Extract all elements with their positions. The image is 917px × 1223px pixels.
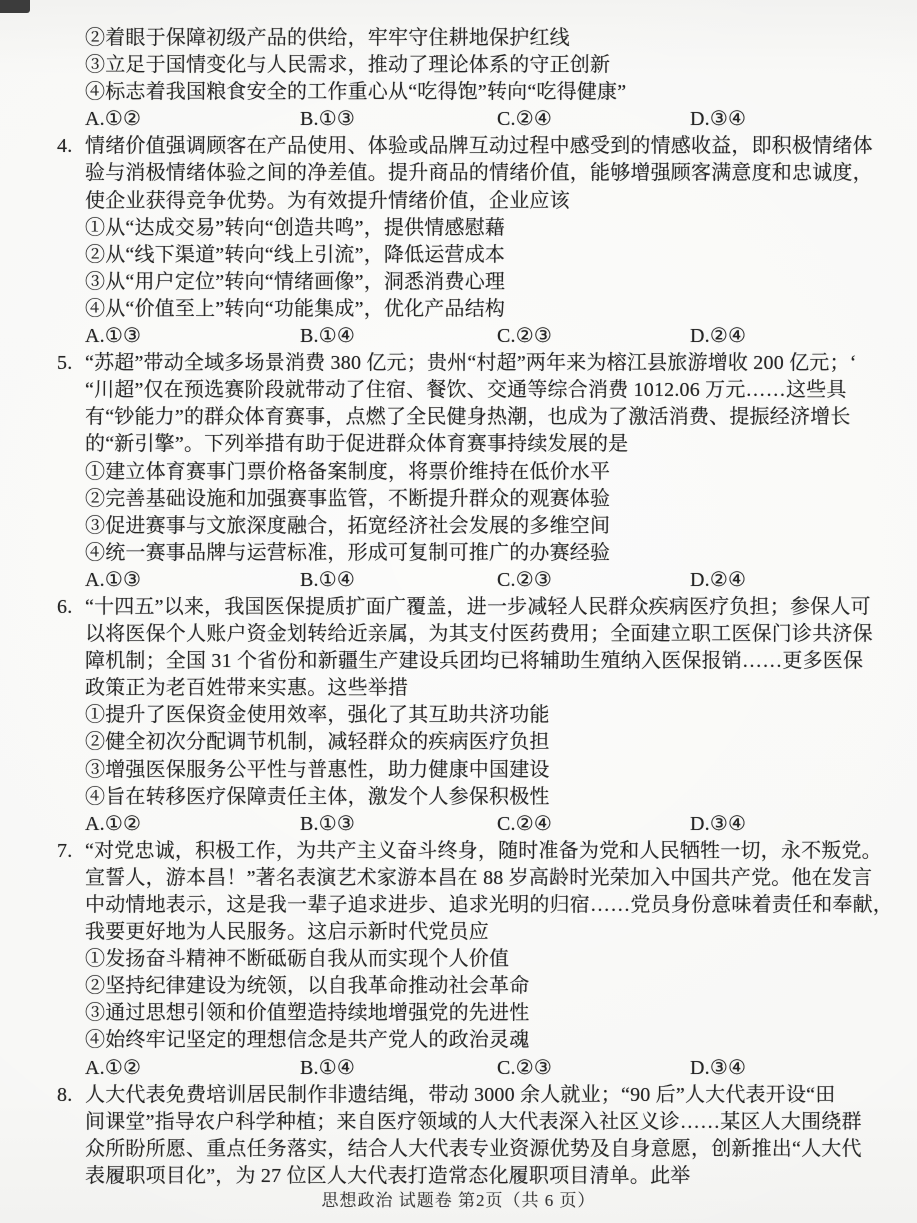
q7-option-c: C.②③ [497,1055,690,1082]
q3-statement-3: ③立足于国情变化与人民需求，推动了理论体系的守正创新 [85,52,917,79]
q3-statement-4: ④标志着我国粮食安全的工作重心从“吃得饱”转向“吃得健康” [85,79,917,106]
q7-option-d: D.③④ [690,1055,746,1082]
q4-option-d: D.②④ [690,323,746,350]
exam-content: ②着眼于保障初级产品的供给，牢牢守住耕地保护红线 ③立足于国情变化与人民需求，推… [0,25,917,1190]
q5-stem-line-2: “川超”仅在预选赛阶段就带动了住宿、餐饮、交通等综合消费 1012.06 万元…… [85,377,917,404]
q4-stem-text-1: 情绪价值强调顾客在产品使用、体验或品牌互动过程中感受到的情感收益，即积极情绪体 [85,135,873,157]
q4-stem-line-3: 使企业获得竞争优势。为有效提升情绪价值，企业应该 [85,188,917,215]
q8-stem-line-2: 间课堂”指导农户科学种植；来自医疗领域的人大代表深入社区义诊……某区人大围绕群 [85,1109,917,1136]
q4-options-row: A.①③B.①④C.②③D.②④ [85,323,917,350]
q4-stem-line-1: 4.情绪价值强调顾客在产品使用、体验或品牌互动过程中感受到的情感收益，即积极情绪… [85,133,917,160]
q3-statement-2: ②着眼于保障初级产品的供给，牢牢守住耕地保护红线 [85,25,917,52]
q7-statement-3: ③通过思想引领和价值塑造持续地增强党的先进性 [85,1000,917,1027]
q4-stem-line-2: 验与消极情绪体验之间的净差值。提升商品的情绪价值，能够增强顾客满意度和忠诚度， [85,160,917,187]
q6-stem-line-1: 6.“十四五”以来，我国医保提质扩面广覆盖，进一步减轻人民群众疾病医疗负担；参保… [85,594,917,621]
q6-statement-4: ④旨在转移医疗保障责任主体，激发个人参保积极性 [85,784,917,811]
q6-stem-line-3: 障机制；全国 31 个省份和新疆生产建设兵团均已将辅助生殖纳入医保报销……更多医… [85,648,917,675]
q6-statement-3: ③增强医保服务公平性与普惠性，助力健康中国建设 [85,757,917,784]
q5-statement-4: ④统一赛事品牌与运营标准，形成可复制可推广的办赛经验 [85,540,917,567]
q4-option-b: B.①④ [300,323,497,350]
q8-stem-line-3: 众所盼所愿、重点任务落实，结合人大代表专业资源优势及自身意愿，创新推出“人大代 [85,1136,917,1163]
q5-option-a: A.①③ [85,567,300,594]
q4-statement-4: ④从“价值至上”转向“功能集成”，优化产品结构 [85,296,917,323]
q4-statement-1: ①从“达成交易”转向“创造共鸣”，提供情感慰藉 [85,215,917,242]
q6-option-d: D.③④ [690,811,746,838]
q7-stem-line-3: 中动情地表示，这是我一辈子追求进步、追求光明的归宿……党员身份意味着责任和奉献， [85,892,917,919]
q7-statement-4: ④始终牢记坚定的理想信念是共产党人的政治灵魂 [85,1027,917,1054]
q4-option-a: A.①③ [85,323,300,350]
q5-option-b: B.①④ [300,567,497,594]
q5-stem-line-3: 有“钞能力”的群众体育赛事，点燃了全民健身热潮，也成为了激活消费、提振经济增长 [85,404,917,431]
q5-stem-line-1: 5.“苏超”带动全域多场景消费 380 亿元；贵州“村超”两年来为榕江县旅游增收… [85,350,917,377]
q7-statement-2: ②坚持纪律建设为统领，以自我革命推动社会革命 [85,973,917,1000]
q4-statement-3: ③从“用户定位”转向“情绪画像”，洞悉消费心理 [85,269,917,296]
q5-statement-1: ①建立体育赛事门票价格备案制度，将票价维持在低价水平 [85,459,917,486]
q8-number: 8. [57,1082,85,1109]
q6-statement-2: ②健全初次分配调节机制，减轻群众的疾病医疗负担 [85,729,917,756]
q5-stem-text-1: “苏超”带动全域多场景消费 380 亿元；贵州“村超”两年来为榕江县旅游增收 2… [85,352,857,374]
q7-option-a: A.①② [85,1055,300,1082]
q5-options-row: A.①③B.①④C.②③D.②④ [85,567,917,594]
q4-number: 4. [57,133,85,160]
q7-options-row: A.①②B.①④C.②③D.③④ [85,1055,917,1082]
q5-statement-3: ③促进赛事与文旅深度融合，拓宽经济社会发展的多维空间 [85,513,917,540]
q3-option-d: D.③④ [690,106,746,133]
q6-option-c: C.②④ [497,811,690,838]
q7-stem-text-1: “对党忠诚，积极工作，为共产主义奋斗终身，随时准备为党和人民牺牲一切，永不叛党。 [85,840,882,862]
q5-option-d: D.②④ [690,567,746,594]
q4-statement-2: ②从“线下渠道”转向“线上引流”，降低运营成本 [85,242,917,269]
q6-options-row: A.①②B.①③C.②④D.③④ [85,811,917,838]
q3-option-a: A.①② [85,106,300,133]
q8-stem-line-1: 8.人大代表免费培训居民制作非遗结绳，带动 3000 余人就业；“90 后”人大… [85,1082,917,1109]
q6-statement-1: ①提升了医保资金使用效率，强化了其互助共济功能 [85,702,917,729]
q6-option-a: A.①② [85,811,300,838]
q6-stem-line-4: 政策正为老百姓带来实惠。这些举措 [85,675,917,702]
q4-option-c: C.②③ [497,323,690,350]
q8-stem-text-1: 人大代表免费培训居民制作非遗结绳，带动 3000 余人就业；“90 后”人大代表… [85,1084,835,1106]
page-footer: 思想政治 试题卷 第2页（共 6 页） [0,1186,917,1211]
q7-stem-line-2: 宣誓人，游本昌！”著名表演艺术家游本昌在 88 岁高龄时光荣加入中国共产党。他在… [85,865,917,892]
q5-number: 5. [57,350,85,377]
q7-option-b: B.①④ [300,1055,497,1082]
q5-option-c: C.②③ [497,567,690,594]
exam-page: ②着眼于保障初级产品的供给，牢牢守住耕地保护红线 ③立足于国情变化与人民需求，推… [0,0,917,1223]
q3-options-row: A.①②B.①③C.②④D.③④ [85,106,917,133]
q6-number: 6. [57,594,85,621]
q3-option-c: C.②④ [497,106,690,133]
q3-option-b: B.①③ [300,106,497,133]
q5-stem-line-4: 的“新引擎”。下列举措有助于促进群众体育赛事持续发展的是 [85,431,917,458]
q6-stem-line-2: 以将医保个人账户资金划转给近亲属，为其支付医药费用；全面建立职工医保门诊共济保 [85,621,917,648]
q7-stem-line-4: 我要更好地为人民服务。这启示新时代党员应 [85,919,917,946]
q6-stem-text-1: “十四五”以来，我国医保提质扩面广覆盖，进一步减轻人民群众疾病医疗负担；参保人可 [85,596,871,618]
q7-stem-line-1: 7.“对党忠诚，积极工作，为共产主义奋斗终身，随时准备为党和人民牺牲一切，永不叛… [85,838,917,865]
q7-statement-1: ①发扬奋斗精神不断砥砺自我从而实现个人价值 [85,946,917,973]
q7-number: 7. [57,838,85,865]
scan-artifact-corner [0,0,30,13]
q6-option-b: B.①③ [300,811,497,838]
q5-statement-2: ②完善基础设施和加强赛事监管，不断提升群众的观赛体验 [85,486,917,513]
